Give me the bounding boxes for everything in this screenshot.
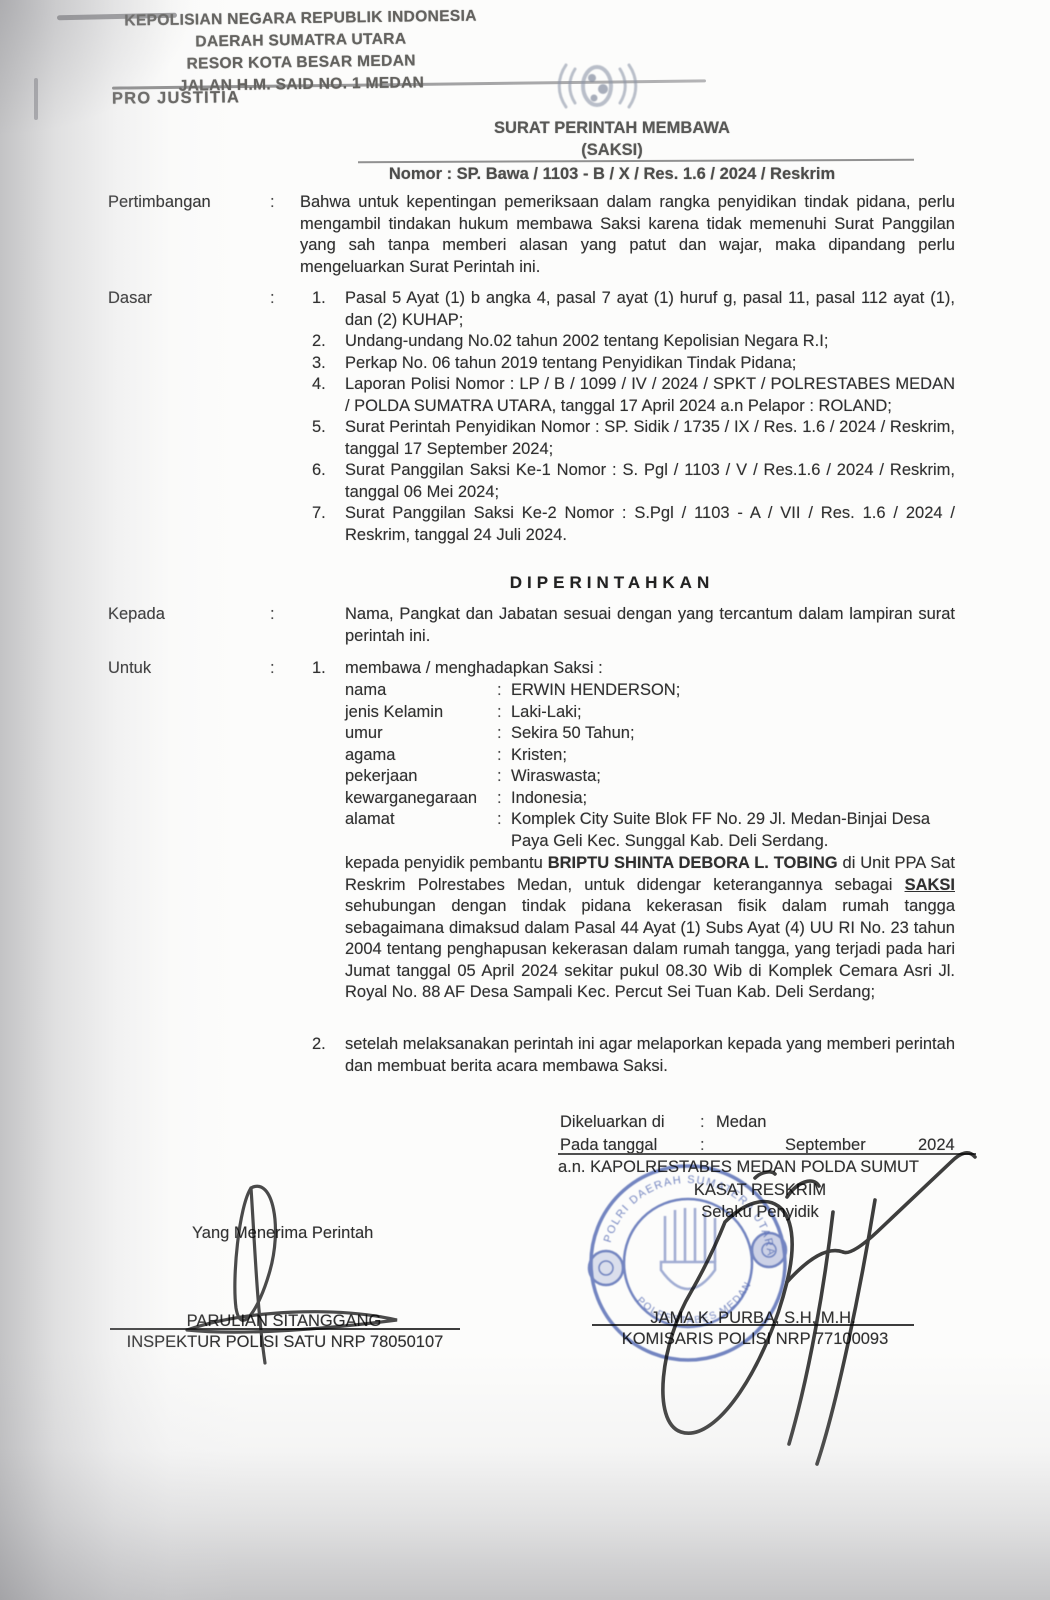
item-text: Surat Panggilan Saksi Ke-1 Nomor : S. Pg…: [345, 460, 955, 503]
field-label: umur: [345, 723, 497, 745]
untuk-item1-number: 1.: [312, 658, 326, 680]
field-colon: :: [497, 809, 511, 852]
issued-at-colon: :: [700, 1112, 705, 1134]
issuer-signature-ink: [575, 1142, 995, 1472]
item-number: 2.: [312, 1034, 345, 1077]
document-title-main: SURAT PERINTAH MEMBAWA: [272, 117, 952, 139]
item-text: Pasal 5 Ayat (1) b angka 4, pasal 7 ayat…: [345, 288, 955, 331]
field-colon: :: [497, 702, 511, 724]
dasar-colon: :: [270, 288, 275, 310]
saksi-field-row: umur : Sekira 50 Tahun;: [345, 723, 955, 745]
item-number: 7.: [312, 503, 345, 546]
saksi-field-row: kewarganegaraan : Indonesia;: [345, 788, 955, 810]
field-label: alamat: [345, 809, 497, 852]
item-number: 1.: [312, 288, 345, 331]
field-label: agama: [345, 745, 497, 767]
kepada-colon: :: [270, 604, 275, 626]
document-number: Nomor : SP. Bawa / 1103 - B / X / Res. 1…: [272, 164, 952, 186]
paragraph-text: sehubungan dengan tindak pidana kekerasa…: [345, 897, 955, 1001]
police-emblem-icon: [550, 56, 645, 116]
saksi-field-row: jenis Kelamin : Laki-Laki;: [345, 702, 955, 724]
item-number: 4.: [312, 374, 345, 417]
field-colon: :: [497, 788, 511, 810]
issued-at-value: Medan: [716, 1112, 766, 1134]
paragraph-text: kepada penyidik pembantu: [345, 854, 548, 872]
document-title-sub: (SAKSI): [272, 139, 952, 161]
item-number: 5.: [312, 417, 345, 460]
dasar-list: 1. Pasal 5 Ayat (1) b angka 4, pasal 7 a…: [312, 288, 955, 546]
saksi-field-row: alamat : Komplek City Suite Blok FF No. …: [345, 809, 955, 852]
field-label: pekerjaan: [345, 766, 497, 788]
letterhead: KEPOLISIAN NEGARA REPUBLIK INDONESIA DAE…: [109, 5, 492, 98]
field-colon: :: [497, 680, 511, 702]
kepada-text: Nama, Pangkat dan Jabatan sesuai dengan …: [345, 604, 955, 647]
saksi-identity-fields: nama : ERWIN HENDERSON; jenis Kelamin : …: [345, 680, 955, 852]
diperintahkan-heading: DIPERINTAHKAN: [272, 572, 952, 594]
field-label: nama: [345, 680, 497, 702]
receiver-signature-ink: [175, 1178, 435, 1368]
field-value: Indonesia;: [511, 788, 955, 810]
untuk-item1-intro: membawa / menghadapkan Saksi :: [345, 658, 603, 680]
field-colon: :: [497, 766, 511, 788]
item-number: 2.: [312, 331, 345, 353]
saksi-field-row: pekerjaan : Wiraswasta;: [345, 766, 955, 788]
dasar-label: Dasar: [108, 288, 152, 310]
item-number: 6.: [312, 460, 345, 503]
field-value: Komplek City Suite Blok FF No. 29 Jl. Me…: [511, 809, 955, 852]
item-number: 3.: [312, 353, 345, 375]
issued-at-label: Dikeluarkan di: [560, 1112, 665, 1134]
field-value: Wiraswasta;: [511, 766, 955, 788]
field-label: kewarganegaraan: [345, 788, 497, 810]
field-colon: :: [497, 745, 511, 767]
field-value: Laki-Laki;: [511, 702, 955, 724]
pro-justitia-label: PRO JUSTITIA: [112, 87, 240, 110]
dasar-item: 4. Laporan Polisi Nomor : LP / B / 1099 …: [312, 374, 955, 417]
untuk-label: Untuk: [108, 658, 151, 680]
field-value: Sekira 50 Tahun;: [511, 723, 955, 745]
scanned-document-page: KEPOLISIAN NEGARA REPUBLIK INDONESIA DAE…: [0, 0, 1050, 1600]
dasar-item: 5. Surat Perintah Penyidikan Nomor : SP.…: [312, 417, 955, 460]
field-colon: :: [497, 723, 511, 745]
saksi-field-row: nama : ERWIN HENDERSON;: [345, 680, 955, 702]
pertimbangan-colon: :: [270, 192, 275, 214]
dasar-item: 2. Undang-undang No.02 tahun 2002 tentan…: [312, 331, 955, 353]
dasar-item: 6. Surat Panggilan Saksi Ke-1 Nomor : S.…: [312, 460, 955, 503]
dasar-item: 1. Pasal 5 Ayat (1) b angka 4, pasal 7 a…: [312, 288, 955, 331]
untuk-colon: :: [270, 658, 275, 680]
document-title: SURAT PERINTAH MEMBAWA (SAKSI): [272, 117, 952, 161]
field-value: Kristen;: [511, 745, 955, 767]
item-text: Perkap No. 06 tahun 2019 tentang Penyidi…: [345, 353, 955, 375]
item-text: Surat Panggilan Saksi Ke-2 Nomor : S.Pgl…: [345, 503, 955, 546]
field-label: jenis Kelamin: [345, 702, 497, 724]
item-text: Surat Perintah Penyidikan Nomor : SP. Si…: [345, 417, 955, 460]
untuk-item2: 2. setelah melaksanakan perintah ini aga…: [312, 1034, 955, 1077]
item-text: setelah melaksanakan perintah ini agar m…: [345, 1034, 955, 1077]
kepada-label: Kepada: [108, 604, 165, 626]
saksi-emphasis: SAKSI: [905, 876, 955, 894]
dasar-item: 7. Surat Panggilan Saksi Ke-2 Nomor : S.…: [312, 503, 955, 546]
pertimbangan-text: Bahwa untuk kepentingan pemeriksaan dala…: [300, 192, 955, 278]
scan-artifact-tick: [34, 78, 38, 120]
item-text: Laporan Polisi Nomor : LP / B / 1099 / I…: [345, 374, 955, 417]
officer-name: BRIPTU SHINTA DEBORA L. TOBING: [548, 854, 838, 872]
field-value: ERWIN HENDERSON;: [511, 680, 955, 702]
saksi-field-row: agama : Kristen;: [345, 745, 955, 767]
item-text: Undang-undang No.02 tahun 2002 tentang K…: [345, 331, 955, 353]
dasar-item: 3. Perkap No. 06 tahun 2019 tentang Peny…: [312, 353, 955, 375]
pertimbangan-label: Pertimbangan: [108, 192, 211, 214]
untuk-item1-paragraph: kepada penyidik pembantu BRIPTU SHINTA D…: [345, 853, 955, 1004]
